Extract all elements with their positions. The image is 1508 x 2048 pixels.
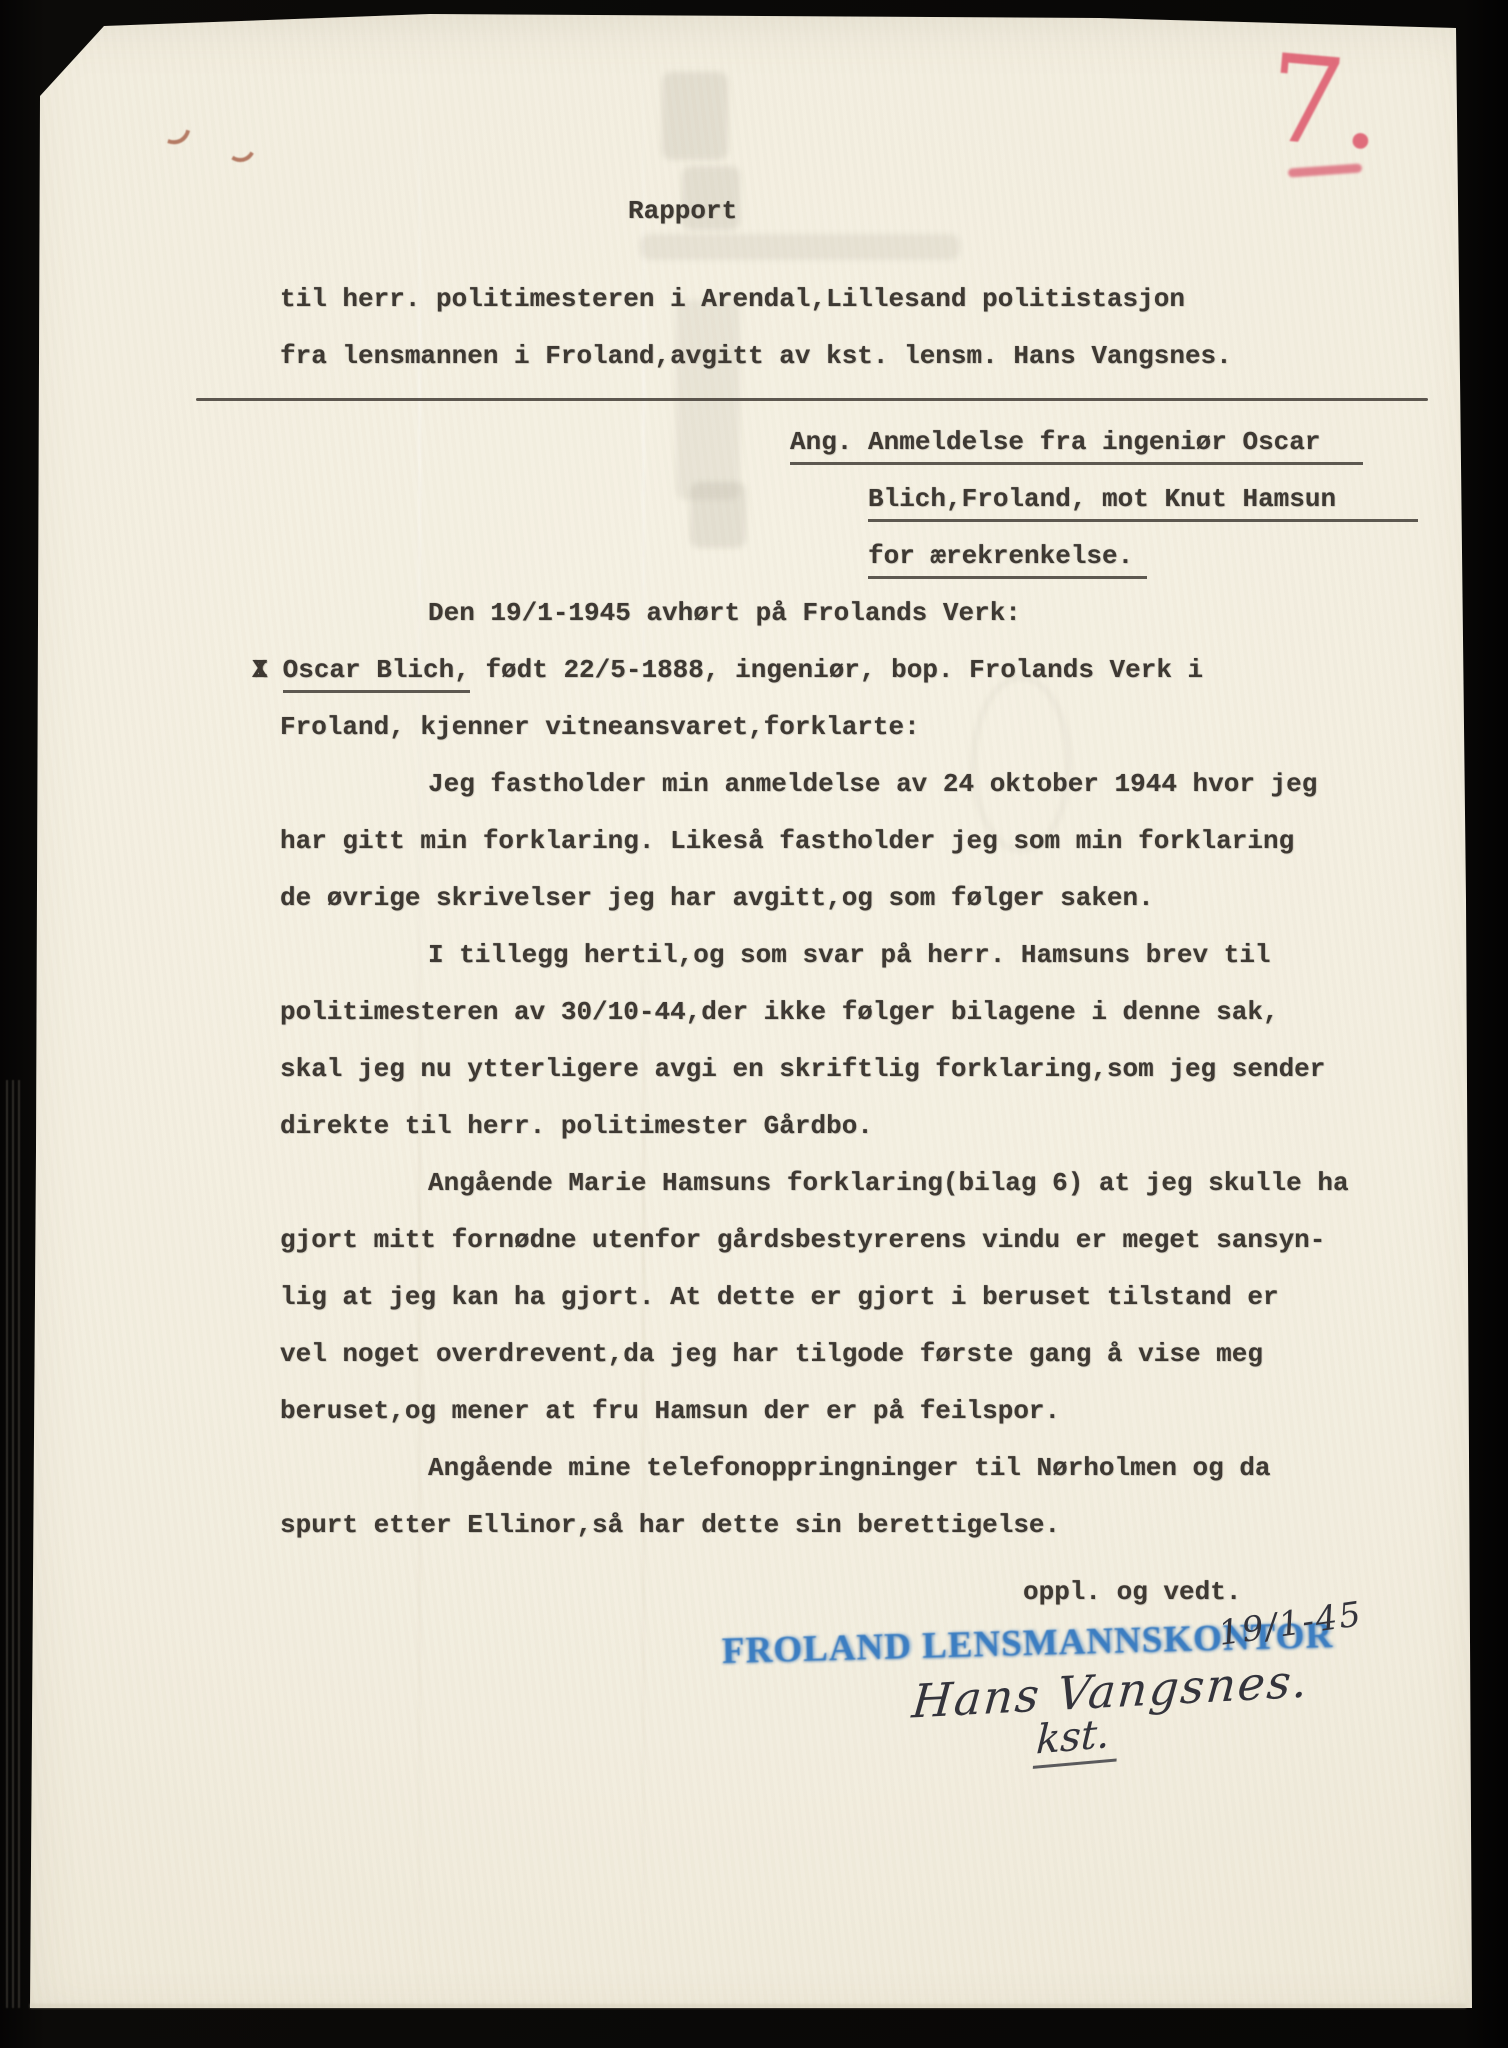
body-line: beruset,og mener at fru Hamsun der er på… (280, 1396, 1060, 1426)
body-line: har gitt min forklaring. Likeså fasthold… (280, 826, 1294, 856)
witness-line-2: Froland, kjenner vitneansvaret,forklarte… (280, 712, 920, 742)
pen-mark (152, 109, 199, 152)
body-line: I tillegg hertil,og som svar på herr. Ha… (428, 940, 1271, 970)
paper-sheet: 7. Rapport til herr. politimesteren i Ar… (0, 0, 1508, 2048)
bleedthrough-blot (662, 72, 728, 160)
body-line: Jeg fastholder min anmeldelse av 24 okto… (428, 769, 1317, 799)
paper-bottom-edge (30, 2004, 1466, 2008)
body-line: Angående mine telefonoppringninger til N… (428, 1453, 1271, 1483)
body-line: spurt etter Ellinor,så har dette sin ber… (280, 1510, 1060, 1540)
subject-line-1: Ang. Anmeldelse fra ingeniør Oscar (790, 427, 1363, 465)
subject-text: Ang. Anmeldelse fra ingeniør Oscar (790, 427, 1363, 465)
signature-title: kst. (1033, 1710, 1119, 1769)
closing-line: oppl. og vedt. (1023, 1577, 1241, 1607)
subject-text: Blich,Froland, mot Knut Hamsun (868, 484, 1418, 522)
body-line: gjort mitt fornødne utenfor gårdsbestyre… (280, 1225, 1325, 1255)
body-line: vel noget overdrevent,da jeg har tilgode… (280, 1339, 1263, 1369)
sender-line: fra lensmannen i Froland,avgitt av kst. … (280, 341, 1232, 371)
subject-line-3: for ærekrenkelse. (868, 541, 1147, 579)
witness-marker: XI (252, 655, 268, 685)
body-line: skal jeg nu ytterligere avgi en skriftli… (280, 1054, 1325, 1084)
body-line: direkte til herr. politimester Gårdbo. (280, 1111, 873, 1141)
pen-mark (222, 134, 261, 166)
witness-line: XIOscar Blich, født 22/5-1888, ingeniør,… (252, 655, 1203, 693)
page-stack-edge (6, 1080, 24, 2008)
body-line: Angående Marie Hamsuns forklaring(bilag … (428, 1168, 1349, 1198)
body-line: lig at jeg kan ha gjort. At dette er gjo… (280, 1282, 1279, 1312)
header-divider-rule (196, 398, 1428, 401)
witness-marker-overstrike: I (253, 655, 269, 685)
body-line: de øvrige skrivelser jeg har avgitt,og s… (280, 883, 1154, 913)
subject-line-2: Blich,Froland, mot Knut Hamsun (868, 484, 1418, 522)
scanned-document-page: 7. Rapport til herr. politimesteren i Ar… (0, 0, 1508, 2048)
report-title: Rapport (628, 196, 737, 226)
bleedthrough-blot (640, 234, 960, 260)
recipient-line: til herr. politimesteren i Arendal,Lille… (280, 284, 1185, 314)
witness-details: født 22/5-1888, ingeniør, bop. Frolands … (470, 655, 1203, 685)
witness-name: Oscar Blich, (283, 655, 470, 693)
hearing-line: Den 19/1-1945 avhørt på Frolands Verk: (428, 598, 1021, 628)
body-line: politimesteren av 30/10-44,der ikke følg… (280, 997, 1279, 1027)
bleedthrough-blot (690, 482, 746, 548)
folio-number: 7. (1263, 39, 1388, 169)
subject-text: for ærekrenkelse. (868, 541, 1147, 579)
